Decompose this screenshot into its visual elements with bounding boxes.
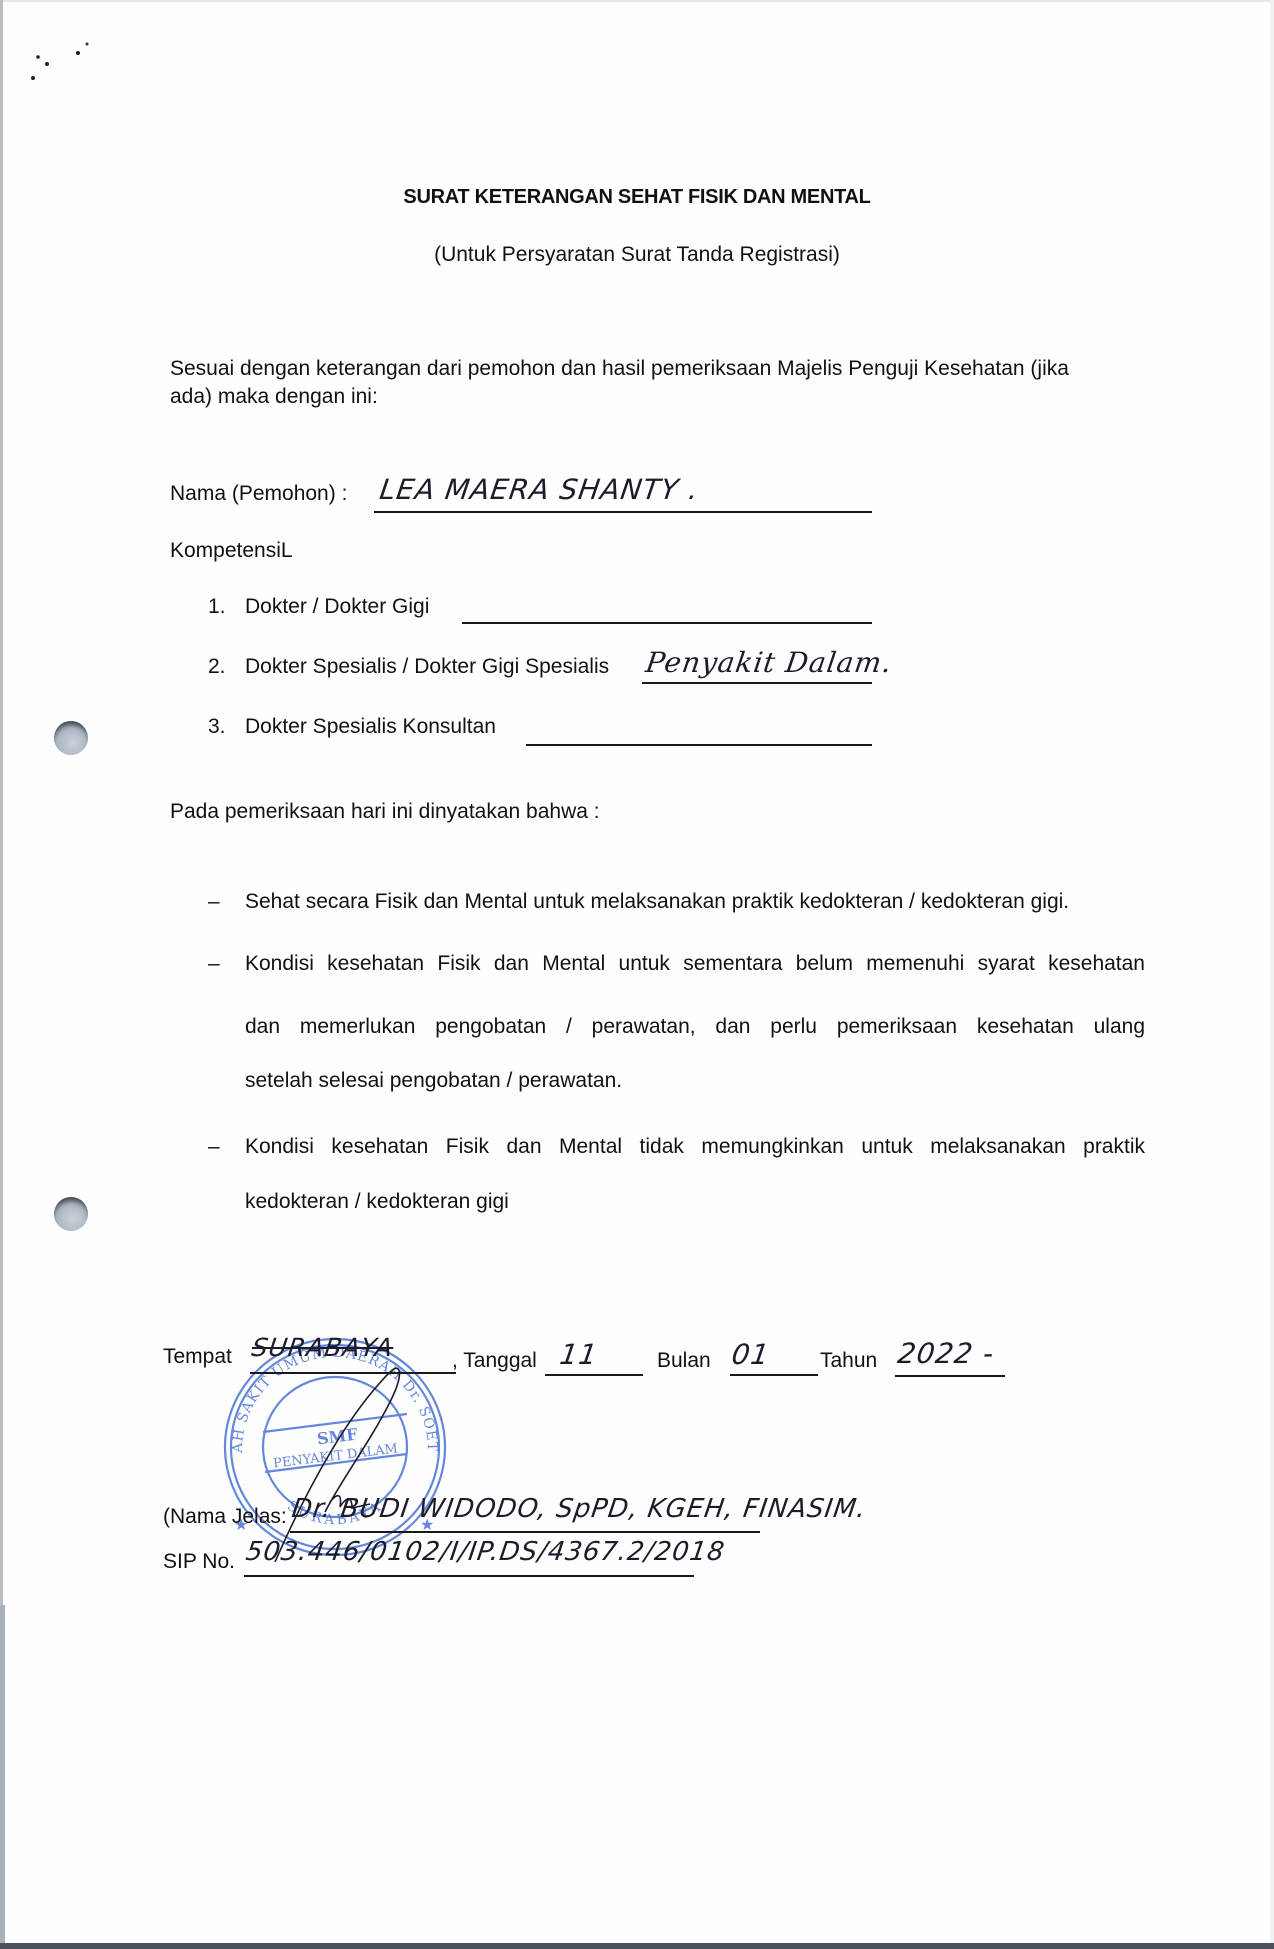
document-title: SURAT KETERANGAN SEHAT FISIK DAN MENTAL [0,185,1274,209]
signatory-name-value[interactable]: Dr. BUDI WIDODO, SpPD, KGEH, FINASIM. [290,1494,868,1524]
statement-intro: Pada pemeriksaan hari ini dinyatakan bah… [170,800,600,824]
statement-2-line-3: setelah selesai pengobatan / perawatan. [245,1069,622,1093]
statement-1-dash: – [208,890,220,914]
competency-item-2-value[interactable]: Penyakit Dalam. [644,646,895,679]
scan-specks [0,0,120,90]
competency-item-3-label: Dokter Spesialis Konsultan [245,715,496,739]
sip-value[interactable]: 503.446/0102/I/IP.DS/4367.2/2018 [244,1537,727,1567]
year-value[interactable]: 2022 - [896,1337,997,1370]
statement-2-dash: – [208,952,220,976]
month-value[interactable]: 01 [730,1338,772,1371]
intro-line-1: Sesuai dengan keterangan dari pemohon da… [170,357,1069,381]
statement-2-line-1: Kondisi kesehatan Fisik dan Mental untuk… [245,952,1145,976]
date-value[interactable]: 11 [558,1338,600,1371]
date-underline [545,1374,643,1376]
signatory-name-underline [290,1531,760,1533]
competency-item-2-underline [642,682,872,684]
scan-edge-top [0,0,1274,2]
applicant-name-value[interactable]: LEA MAERA SHANTY . [378,473,701,506]
statement-3-line-1: Kondisi kesehatan Fisik dan Mental tidak… [245,1135,1145,1159]
signatory-name-label: (Nama Jelas: [163,1505,287,1529]
sip-underline [244,1575,694,1577]
scan-edge-bottom [0,1943,1274,1949]
stamp-center-line-1: SMF [316,1425,359,1449]
place-underline [250,1372,456,1374]
statement-3-dash: – [208,1135,220,1159]
competency-label: KompetensiL [170,539,293,563]
competency-item-1-underline [462,622,872,624]
competency-item-1-label: Dokter / Dokter Gigi [245,595,429,619]
month-underline [730,1374,818,1376]
month-label: Bulan [657,1349,711,1373]
year-underline [895,1375,1005,1377]
statement-2-line-2: dan memerlukan pengobatan / perawatan, d… [245,1015,1145,1039]
document-subtitle: (Untuk Persyaratan Surat Tanda Registras… [0,243,1274,267]
punch-hole-top [54,721,88,755]
competency-item-2-label: Dokter Spesialis / Dokter Gigi Spesialis [245,655,609,679]
applicant-underline [374,511,872,513]
competency-item-1-number: 1. [208,595,226,619]
applicant-label: Nama (Pemohon) : [170,482,347,506]
statement-1-line-1: Sehat secara Fisik dan Mental untuk mela… [245,890,1069,914]
competency-item-3-underline [526,744,872,746]
date-label: , Tanggal [452,1349,537,1373]
competency-item-3-number: 3. [208,715,226,739]
year-label: Tahun [820,1349,877,1373]
place-value[interactable]: SURABAYA [250,1333,395,1362]
punch-hole-bottom [54,1197,88,1231]
intro-line-2: ada) maka dengan ini: [170,385,378,409]
scan-edge-right [1270,0,1274,1943]
scan-edge-left [0,0,3,1605]
competency-item-2-number: 2. [208,655,226,679]
sip-label: SIP No. [163,1550,235,1574]
statement-3-line-2: kedokteran / kedokteran gigi [245,1190,509,1214]
document-page: SURAT KETERANGAN SEHAT FISIK DAN MENTAL … [0,0,1274,1949]
place-label: Tempat [163,1345,232,1369]
scan-edge-left-lower [0,1605,5,1949]
